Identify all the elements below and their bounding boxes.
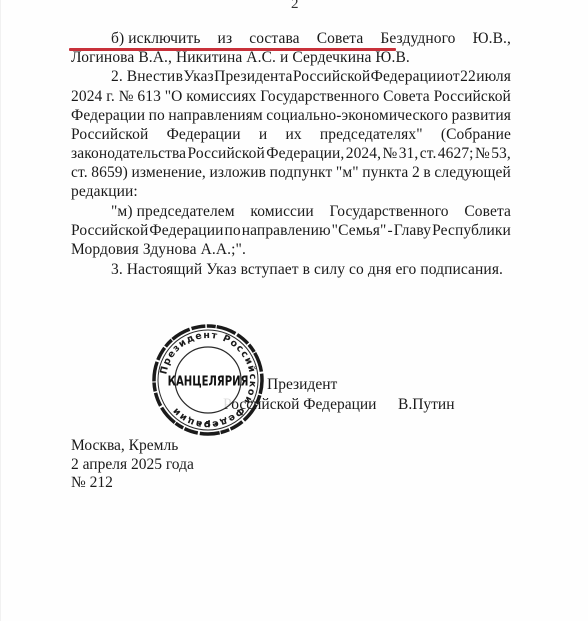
paragraph-2-line-5: законодательства Российской Федерации, 2…: [71, 145, 511, 162]
word: пункта: [362, 164, 408, 181]
word: Совета: [383, 88, 430, 105]
paragraph-3-line-1: 3. Настоящий Указ вступает в силу со дня…: [111, 261, 511, 278]
word: из: [218, 30, 233, 47]
paragraph-m-line-1: "м) председателем комиссии Государственн…: [111, 203, 511, 220]
word: состава: [249, 30, 299, 47]
paragraph-m-line-2: Российской Федерации по направлению "Сем…: [71, 222, 511, 239]
paragraph-2-line-6: ст. 8659) изменение, изложив подпункт "м…: [71, 164, 511, 181]
word: Ю.В.,: [473, 30, 511, 47]
word: изложив: [209, 164, 266, 181]
svg-text:• 5 •: • 5 •: [197, 420, 218, 429]
word: в: [423, 164, 430, 181]
svg-text:КАНЦЕЛЯРИЯ: КАНЦЕЛЯРИЯ: [168, 373, 249, 389]
word: от: [445, 68, 460, 85]
word: (Собрание: [441, 126, 511, 143]
word: Российской: [188, 145, 265, 162]
word: Российской: [293, 68, 370, 85]
word: и: [259, 126, 267, 143]
word: Федерации,: [266, 145, 344, 162]
word: 613: [137, 88, 161, 105]
paragraph-b-line-1: б) исключить из состава Совета Бездудног…: [111, 30, 511, 47]
word: Государственного: [260, 88, 379, 105]
word: г.: [106, 88, 115, 105]
word: их: [285, 126, 301, 143]
word: 2: [412, 164, 420, 181]
word: 8659): [91, 164, 128, 181]
word: по: [225, 222, 241, 239]
word: Бездудного: [380, 30, 455, 47]
word: 2024: [71, 88, 102, 105]
stamp-seal-icon: Президент Российской Федерации КАНЦЕЛЯРИ…: [151, 323, 265, 437]
paragraph-2-line-2: 2024 г. № 613 "О комиссиях Государственн…: [71, 88, 511, 105]
word: "м": [336, 164, 359, 181]
word: "Семья": [332, 222, 387, 239]
footer-place: Москва, Кремль: [71, 437, 178, 454]
word: председателях": [320, 126, 423, 143]
word: июля: [476, 68, 511, 85]
word: б) исключить: [111, 30, 201, 47]
paragraph-2-line-7: редакции:: [71, 183, 511, 200]
paragraph-2-line-1: 2. Внести в Указ Президента Российской Ф…: [111, 68, 511, 85]
word: подпункт: [270, 164, 333, 181]
signature-title-line-1: Президент: [267, 376, 337, 393]
word: Федерации: [71, 107, 145, 124]
word: №: [119, 88, 134, 105]
word: ст.: [420, 145, 437, 162]
word: №: [475, 145, 490, 162]
word: 4627;: [438, 145, 474, 162]
word: 31,: [399, 145, 419, 162]
document-page: 2 б) исключить из состава Совета Бездудн…: [0, 0, 588, 621]
word: Президента: [214, 68, 292, 85]
page-number: 2: [291, 0, 299, 13]
word: Главу: [394, 222, 431, 239]
word: направлениям: [168, 107, 262, 124]
word: социально-экономического: [266, 107, 448, 124]
footer-decree-number: № 212: [71, 474, 113, 491]
word: развития: [452, 107, 511, 124]
word: Федерации: [149, 222, 223, 239]
paragraph-b-line-2: Логинова В.А., Никитина А.С. и Сердечкин…: [71, 49, 511, 66]
word: изменение,: [132, 164, 206, 181]
word: законодательства: [71, 145, 186, 162]
word: направлению: [242, 222, 331, 239]
word: 2. Внести: [111, 68, 175, 85]
word: Государственного: [330, 203, 449, 220]
paragraph-2-line-4: Российской Федерации и их председателях"…: [71, 126, 511, 143]
word: 22: [460, 68, 476, 85]
word: комиссии: [250, 203, 313, 220]
word: ст.: [71, 164, 88, 181]
word: Федерации: [371, 68, 445, 85]
word: Республики: [432, 222, 511, 239]
paragraph-m-line-3: Мордовия Здунова А.А.;".: [71, 241, 511, 258]
word: по: [149, 107, 165, 124]
word: Федерации: [167, 126, 241, 143]
word: Совета: [317, 30, 364, 47]
word: в: [176, 68, 183, 85]
word: "О: [165, 88, 183, 105]
word: комиссиях: [186, 88, 256, 105]
word: Российской: [71, 126, 148, 143]
official-stamp: Президент Российской Федерации КАНЦЕЛЯРИ…: [151, 323, 265, 437]
signature-name: В.Путин: [398, 396, 455, 413]
word: №: [382, 145, 397, 162]
paragraph-2-line-3: Федерации по направлениям социально-экон…: [71, 107, 511, 124]
word: 53,: [491, 145, 511, 162]
word: следующей: [434, 164, 511, 181]
word: Российской: [434, 88, 511, 105]
word: Указ: [183, 68, 213, 85]
word: Совета: [464, 203, 511, 220]
word: -: [387, 222, 392, 239]
word: Российской: [71, 222, 148, 239]
word: 2024,: [346, 145, 381, 162]
word: "м) председателем: [111, 203, 235, 220]
footer-date: 2 апреля 2025 года: [71, 456, 194, 473]
